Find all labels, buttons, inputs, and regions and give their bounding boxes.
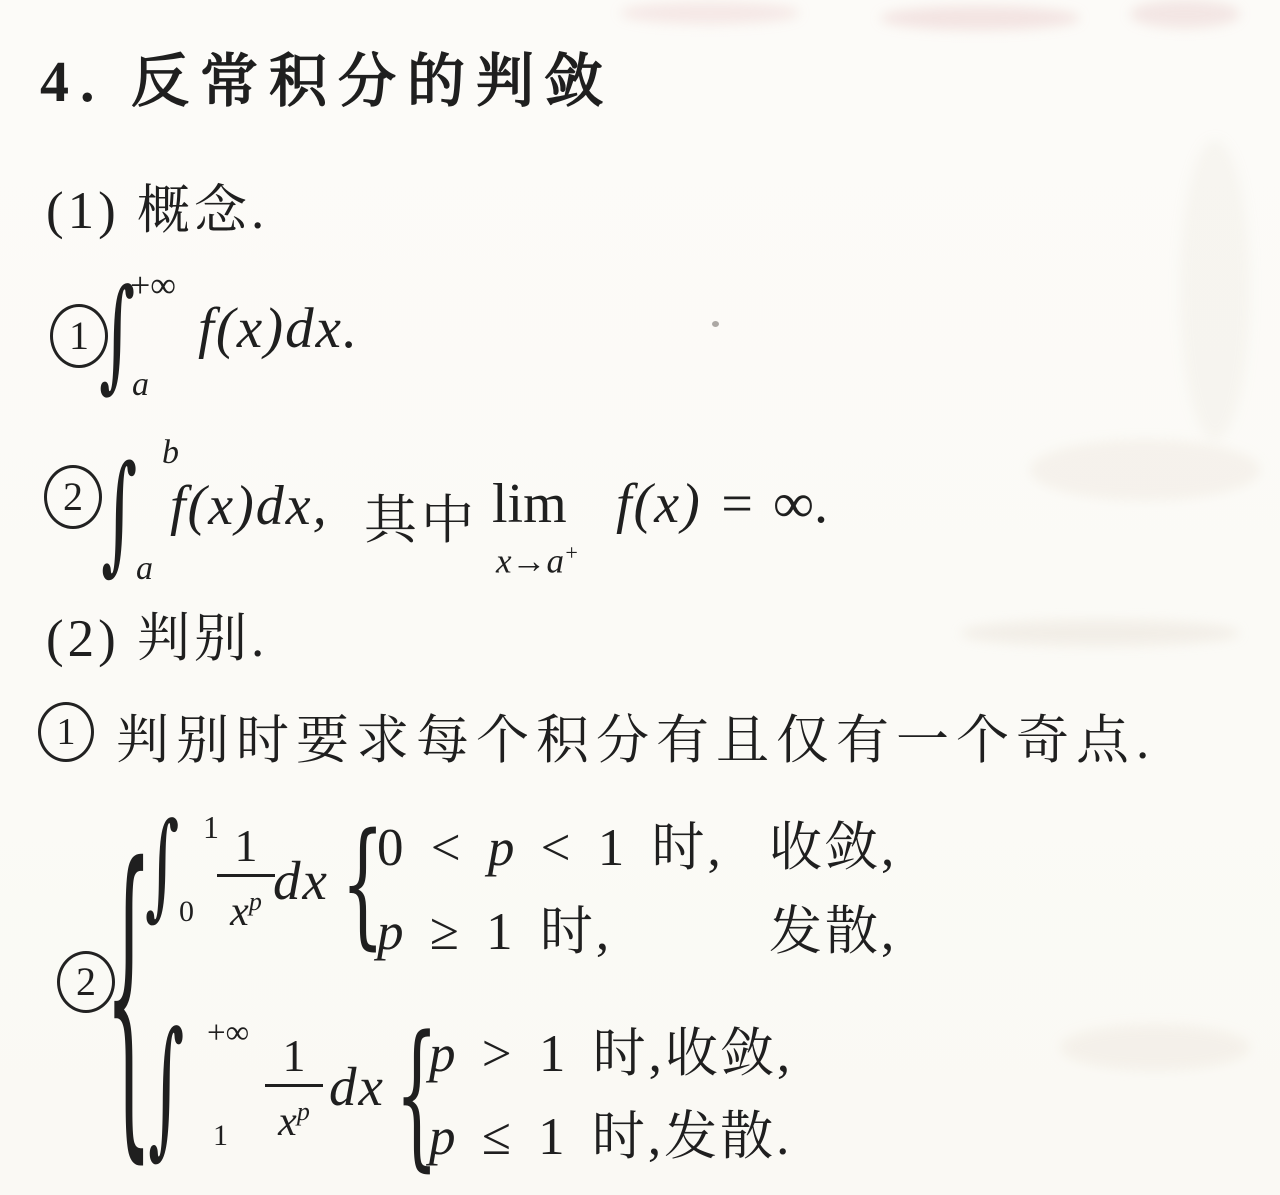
conclusion: 收敛,: [769, 819, 897, 877]
limit-subscript: x→a+: [496, 540, 579, 582]
case-row2-line2: p ≤ 1 时,发散.: [429, 1094, 792, 1170]
scan-smudge: [1030, 440, 1260, 500]
fraction-bar: [265, 1084, 323, 1087]
condition: p ≥ 1 时,: [377, 889, 769, 965]
rule-note-line: 1 判别时要求每个积分有且仅有一个奇点.: [38, 692, 1258, 792]
fraction-denominator: xp: [230, 878, 262, 936]
condition: p > 1 时,: [429, 1011, 665, 1087]
exponent-p: p: [249, 887, 262, 916]
exponent-p: p: [297, 1097, 310, 1126]
circled-number-2: 2: [44, 465, 102, 529]
scanned-math-notes-page: 4. 反常积分的判敛 (1) 概念. 1 ∫ +∞ a f(x)dx. 2 ∫ …: [0, 0, 1280, 1195]
integral-sign: ∫: [148, 1014, 184, 1163]
integral-sign: ∫: [145, 808, 179, 924]
scan-smudge: [1130, 0, 1240, 28]
circled-number-1: 1: [38, 702, 94, 762]
integral-upper-limit: +∞: [207, 1015, 249, 1052]
limit-approach: x→a: [496, 542, 564, 581]
condition: 0 < p < 1 时,: [377, 805, 769, 881]
scan-smudge: [960, 620, 1240, 646]
variable-p: p: [488, 819, 517, 877]
case-row1-line2: p ≥ 1 时,发散,: [377, 889, 897, 965]
fraction-one-over-x-p: 1 xp: [217, 821, 275, 936]
limit-operator: lim: [492, 472, 567, 536]
differential-dx: dx: [329, 1055, 385, 1118]
page-title: 4. 反常积分的判敛: [40, 34, 614, 118]
integral-lower-limit: 1: [213, 1119, 228, 1153]
ink-speck: [712, 321, 719, 327]
variable-p: p: [429, 1025, 458, 1083]
integrand-expression: f(x)dx.: [198, 296, 359, 361]
conclusion: 发散.: [664, 1108, 792, 1166]
fraction-denominator: xp: [278, 1088, 310, 1146]
p-integral-case-block: 2 { ∫ 1 0 1 xp dx { 0 < p < 1 时,收敛, p ≥ …: [55, 793, 1055, 1195]
case-row1-line1: 0 < p < 1 时,收敛,: [377, 805, 897, 881]
differential-dx: dx: [273, 849, 329, 912]
formula-type2-unbounded-integrand: 2 ∫ b a f(x)dx, 其中 lim x→a+ f(x) = ∞.: [44, 432, 1024, 612]
connector-text: 其中: [364, 478, 478, 554]
rule-note-text: 判别时要求每个积分有且仅有一个奇点.: [116, 698, 1156, 774]
integral-sign: ∫: [101, 450, 137, 579]
variable-p: p: [377, 903, 406, 961]
conclusion: 收敛,: [665, 1025, 793, 1083]
case-row2-line1: p > 1 时,收敛,: [429, 1011, 793, 1087]
conclusion: 发散,: [769, 903, 897, 961]
integral-lower-limit: a: [136, 550, 153, 588]
scan-smudge: [1060, 1025, 1250, 1070]
variable-x: x: [230, 889, 249, 935]
subsection-2-heading: (2) 判别.: [46, 596, 268, 672]
right-side-plus: +: [564, 540, 579, 565]
fraction-one-over-x-p: 1 xp: [265, 1031, 323, 1146]
variable-x: x: [278, 1099, 297, 1145]
integral-lower-limit: 0: [179, 895, 194, 929]
integral-upper-limit: +∞: [130, 264, 176, 306]
condition: p ≤ 1 时,: [429, 1094, 664, 1170]
limit-result-expression: f(x) = ∞.: [616, 472, 831, 536]
formula-type1-infinite-interval: 1 ∫ +∞ a f(x)dx.: [48, 258, 668, 428]
fraction-numerator: 1: [283, 1031, 306, 1081]
integral-lower-limit: a: [132, 366, 149, 404]
variable-p: p: [429, 1108, 458, 1166]
fraction-numerator: 1: [235, 821, 258, 871]
integral-upper-limit: b: [162, 434, 179, 472]
scan-smudge: [1180, 140, 1250, 440]
scan-smudge: [620, 2, 800, 24]
subsection-1-heading: (1) 概念.: [46, 168, 268, 244]
scan-smudge: [880, 6, 1080, 30]
integrand-expression: f(x)dx,: [170, 474, 329, 538]
fraction-bar: [217, 874, 275, 877]
